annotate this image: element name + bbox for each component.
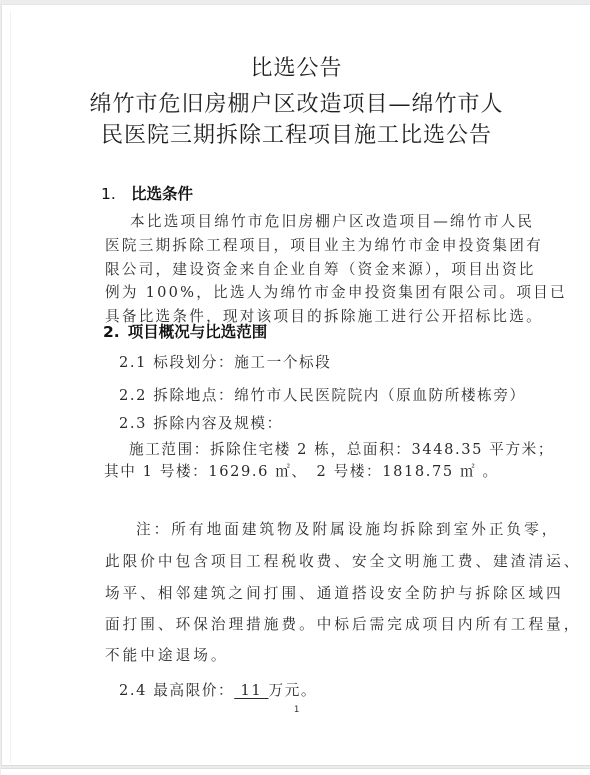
- document-title: 比选公告: [2, 51, 590, 82]
- section-1-heading: 1.比选条件: [101, 182, 193, 204]
- item-number: 2.4: [119, 682, 147, 699]
- section-2-title: 项目概况与比选范围: [128, 323, 268, 341]
- scope-line: 施工范围：拆除住宅楼 2 栋，总面积：3448.35 平方米；: [129, 438, 554, 459]
- note-line: 注：所有地面建筑物及附属设施均拆除到室外正负零，: [136, 518, 559, 539]
- item-number: 2.2: [119, 387, 147, 404]
- section-1-paragraph-line: 例为 100%，比选人为绵竹市金申投资集团有限公司。项目已: [105, 281, 567, 302]
- scope-line: 其中 1 号楼：1629.6 ㎡、 2 号楼：1818.75 ㎡ 。: [104, 460, 499, 481]
- item-text: 拆除内容及规模：: [153, 415, 283, 432]
- note-line: 场平、相邻建筑之间打围、通道搭设安全防护与拆除区域四: [105, 582, 564, 603]
- section-1-paragraph-line: 本比选项目绵竹市危旧房棚户区改造项目—绵竹市人民: [130, 210, 534, 231]
- section-1-paragraph-line: 限公司，建设资金来自企业自筹（资金来源），项目出资比: [105, 258, 536, 279]
- section-2-heading: 2.项目概况与比选范围: [103, 320, 267, 342]
- page-number: 1: [2, 705, 590, 715]
- max-price-value: 11: [234, 682, 268, 699]
- item-2-3: 2.3 拆除内容及规模：: [119, 412, 283, 433]
- item-number: 2.3: [119, 415, 147, 432]
- section-1-title: 比选条件: [131, 185, 193, 203]
- note-line: 面打围、环保治理措施费。中标后需完成项目内所有工程量，: [105, 613, 581, 634]
- document-subtitle-line-2: 民医院三期拆除工程项目施工比选公告: [2, 118, 590, 149]
- item-number: 2.1: [119, 354, 147, 371]
- section-2-number: 2.: [103, 323, 120, 341]
- section-1-paragraph-line: 医院三期拆除工程项目，项目业主为绵竹市金申投资集团有: [105, 234, 543, 255]
- document-page: 比选公告 绵竹市危旧房棚户区改造项目—绵竹市人 民医院三期拆除工程项目施工比选公…: [1, 4, 590, 766]
- section-1-number: 1.: [101, 185, 131, 203]
- note-line: 不能中途退场。: [105, 644, 229, 665]
- document-subtitle-line-1: 绵竹市危旧房棚户区改造项目—绵竹市人: [2, 87, 590, 118]
- max-price-label: 最高限价：: [153, 682, 234, 699]
- next-page-edge: [1, 768, 590, 775]
- item-text: 拆除地点：绵竹市人民医院院内（原血防所楼栋旁）: [153, 387, 525, 404]
- max-price-unit: 万元。: [269, 682, 318, 699]
- item-2-2: 2.2 拆除地点：绵竹市人民医院院内（原血防所楼栋旁）: [119, 384, 526, 405]
- item-2-1: 2.1 标段划分：施工一个标段: [119, 351, 331, 372]
- item-text: 标段划分：施工一个标段: [153, 354, 331, 371]
- note-line: 此限价中包含项目工程税收费、安全文明施工费、建渣清运、: [105, 550, 581, 571]
- item-2-4-max-price: 2.4 最高限价： 11 万元。: [119, 679, 317, 700]
